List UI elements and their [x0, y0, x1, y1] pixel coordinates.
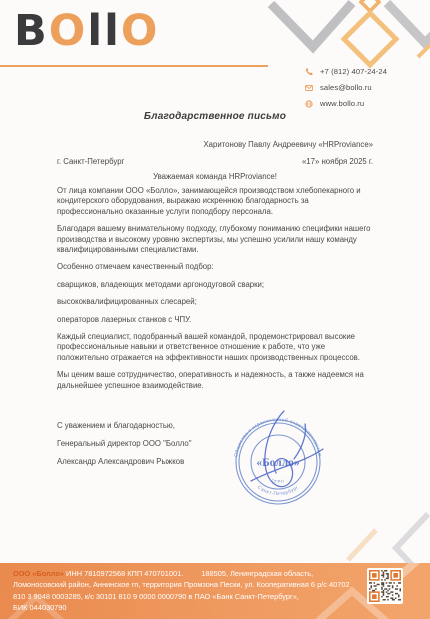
letter-page: BOllO +7 (812) 407-24-24 sales@bollo.ru … — [0, 0, 430, 619]
list-item-paragraph: высококвалифицированных слесарей; — [57, 297, 375, 307]
logo-letter: ll — [87, 6, 120, 56]
company-logo: BOllO — [14, 10, 159, 53]
email-address: sales@bollo.ru — [320, 83, 372, 92]
paragraph: От лица компании ООО «Болло», занимающей… — [57, 186, 375, 217]
qr-code-pattern — [369, 570, 401, 602]
footer-band: ООО «Болло» ИНН 7810972568 КПП 470701001… — [0, 563, 430, 619]
footer-address-1: 188505, Ленинградская область, — [201, 569, 313, 578]
footer-company-name: ООО «Болло» — [13, 569, 64, 578]
globe-icon — [305, 100, 313, 108]
website-url: www.bollo.ru — [320, 99, 364, 108]
signer-title: Генеральный директор ООО "Болло" — [57, 439, 192, 448]
letter-title: Благодарственное письмо — [0, 111, 430, 122]
greeting-line: Уважаемая команда HRProviance! — [0, 172, 430, 181]
paragraph: Особенно отмечаем качественный подбор: — [57, 262, 375, 272]
closing-line: С уважением и благодарностью, — [57, 421, 175, 430]
paragraph: Благодаря вашему внимательному подходу, … — [57, 224, 375, 255]
logo-letter: O — [121, 6, 160, 56]
footer-requisites: ООО «Болло» ИНН 7810972568 КПП 470701001… — [13, 568, 358, 613]
company-stamp: Общество с ограниченной ответственностью… — [223, 407, 333, 517]
logo-letter: O — [49, 6, 88, 56]
stamp-ring-text: Общество с ограниченной ответственностью — [233, 417, 321, 458]
paragraph: Каждый специалист, подобранный вашей ком… — [57, 332, 375, 363]
logo-underline — [0, 65, 268, 67]
list-item-paragraph: сварщиков, владеющих методами аргонодуго… — [57, 280, 375, 290]
chevron-decoration — [318, 486, 430, 564]
recipient-line: Харитонову Павлу Андреевичу «HRProviance… — [203, 140, 373, 149]
logo-letter: B — [14, 6, 49, 56]
footer-bik-line: БИК 044030790 — [13, 603, 67, 612]
letter-body: От лица компании ООО «Болло», занимающей… — [57, 186, 375, 398]
footer-registration: ИНН 7810972568 КПП 470701001. — [66, 569, 183, 578]
paragraph: Мы ценим ваше сотрудничество, оперативно… — [57, 370, 375, 391]
phone-icon — [305, 68, 313, 76]
list-item-paragraph: операторов лазерных станков с ЧПУ. — [57, 315, 375, 325]
contact-phone-row: +7 (812) 407-24-24 — [305, 64, 425, 79]
footer-address-2: Ломоносовский район, Аннинское гп, терри… — [13, 580, 315, 589]
qr-code — [367, 568, 403, 604]
diamond-pattern-decoration — [268, 0, 430, 72]
contact-email-row: sales@bollo.ru — [305, 80, 425, 95]
city-line: г. Санкт-Петербург — [57, 157, 124, 166]
signer-name: Александр Александрович Рыжков — [57, 457, 184, 466]
contact-website-row: www.bollo.ru — [305, 96, 425, 111]
envelope-icon — [305, 84, 313, 92]
contact-block: +7 (812) 407-24-24 sales@bollo.ru www.bo… — [305, 64, 425, 112]
phone-number: +7 (812) 407-24-24 — [320, 67, 387, 76]
date-line: «17» ноября 2025 г. — [302, 157, 373, 166]
